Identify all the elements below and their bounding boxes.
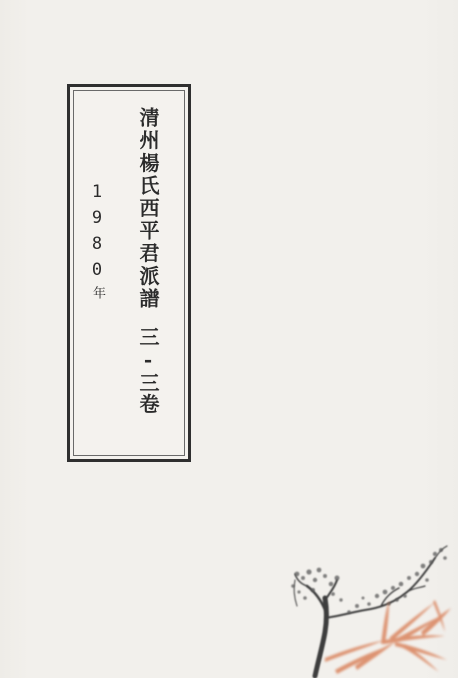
publication-year: 1980年 (88, 182, 105, 305)
title-frame: 清州楊氏西平君派譜三-三卷 1980年 (67, 84, 191, 462)
year-suffix: 年 (90, 286, 105, 305)
cover-title-main: 清州楊氏西平君派譜 (136, 107, 160, 310)
cover-title: 清州楊氏西平君派譜三-三卷 (138, 107, 158, 414)
year-digits: 1980 (87, 182, 107, 286)
cover-volume: 三-三卷 (136, 326, 160, 414)
plum-blossom-bamboo-painting-icon (285, 540, 458, 678)
cover-page: 清州楊氏西平君派譜三-三卷 1980年 (0, 0, 458, 678)
